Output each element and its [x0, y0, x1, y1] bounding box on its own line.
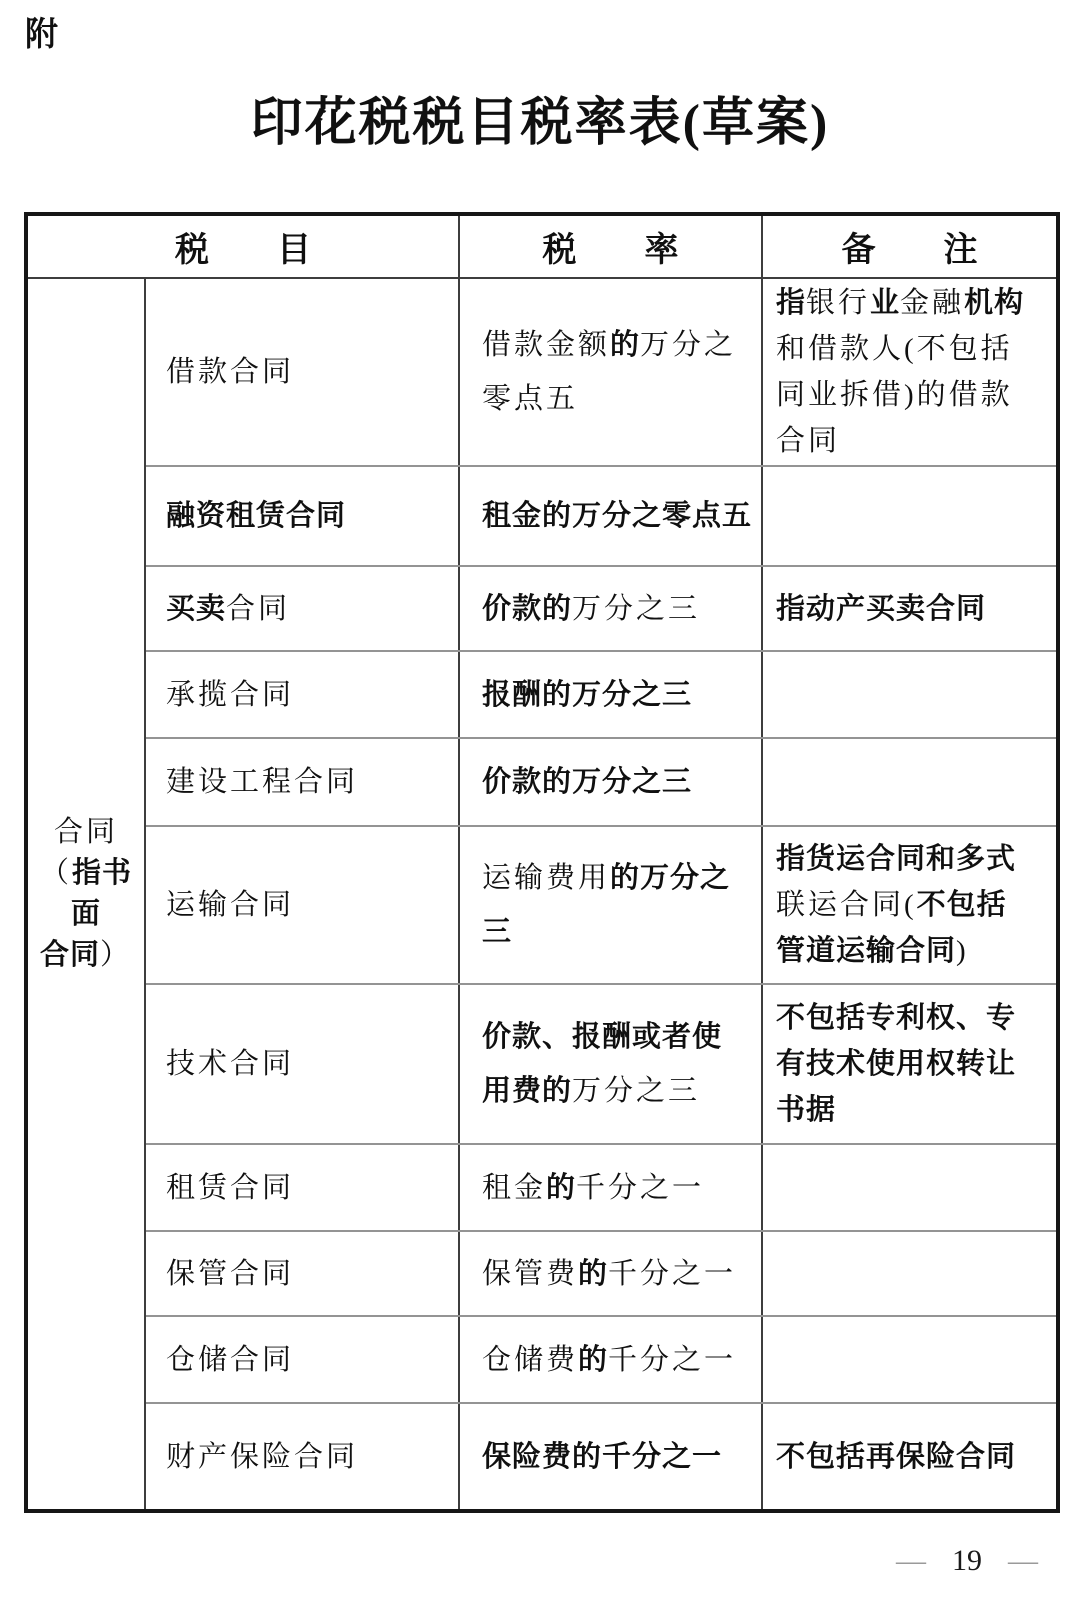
stamp-tax-rate-table: 税 目 税 率 备 注 合同（指书面合同）借款合同借款金额的万分之零点五指银行业… — [24, 212, 1060, 1513]
table-row: 技术合同价款、报酬或者使用费的万分之三不包括专利权、专有技术使用权转让书据 — [26, 984, 1058, 1144]
remark-cell-text: 不包括专利权、专有技术使用权转让书据 — [763, 995, 1056, 1133]
tax-item-cell: 借款合同 — [145, 278, 459, 466]
tax-rate-cell: 价款的万分之三 — [459, 566, 762, 651]
table-row: 仓储合同仓储费的千分之一 — [26, 1316, 1058, 1403]
document-page: 附 印花税税目税率表(草案) 税 目 税 率 备 注 合同（指书面合同）借款合同… — [0, 0, 1080, 1597]
remark-cell-text: 指货运合同和多式联运合同(不包括管道运输合同) — [763, 836, 1056, 974]
tax-rate-cell-text: 保险费的千分之一 — [460, 1430, 761, 1484]
footer-dash-right: — — [1008, 1544, 1038, 1578]
tax-rate-cell-text: 保管费的千分之一 — [460, 1247, 761, 1301]
remark-cell — [762, 651, 1058, 738]
tax-rate-cell: 运输费用的万分之三 — [459, 826, 762, 984]
tax-item-cell: 融资租赁合同 — [145, 466, 459, 566]
remark-cell: 指银行业金融机构和借款人(不包括同业拆借)的借款合同 — [762, 278, 1058, 466]
remark-cell — [762, 466, 1058, 566]
table-header-row: 税 目 税 率 备 注 — [26, 214, 1058, 278]
tax-rate-cell-text: 租金的万分之零点五 — [460, 489, 761, 543]
tax-rate-cell-text: 价款、报酬或者使用费的万分之三 — [460, 1010, 761, 1118]
table-row: 承揽合同报酬的万分之三 — [26, 651, 1058, 738]
remark-cell — [762, 738, 1058, 826]
tax-item-group-cell: 合同（指书面合同） — [26, 278, 145, 1511]
tax-item-cell-text: 财产保险合同 — [146, 1435, 458, 1479]
page-number: 19 — [952, 1544, 982, 1578]
tax-item-cell-text: 运输合同 — [146, 883, 458, 927]
tax-item-cell-text: 仓储合同 — [146, 1338, 458, 1382]
header-remark: 备 注 — [762, 214, 1058, 278]
table-row: 租赁合同租金的千分之一 — [26, 1144, 1058, 1231]
tax-item-cell-text: 承揽合同 — [146, 673, 458, 717]
tax-rate-cell: 价款、报酬或者使用费的万分之三 — [459, 984, 762, 1144]
table-body: 合同（指书面合同）借款合同借款金额的万分之零点五指银行业金融机构和借款人(不包括… — [26, 278, 1058, 1511]
tax-rate-cell: 价款的万分之三 — [459, 738, 762, 826]
table-row: 保管合同保管费的千分之一 — [26, 1231, 1058, 1316]
table-row: 财产保险合同保险费的千分之一不包括再保险合同 — [26, 1403, 1058, 1511]
tax-item-cell-text: 融资租赁合同 — [146, 494, 458, 538]
tax-item-cell-text: 借款合同 — [146, 350, 458, 394]
remark-cell — [762, 1316, 1058, 1403]
tax-item-cell: 技术合同 — [145, 984, 459, 1144]
tax-item-cell: 建设工程合同 — [145, 738, 459, 826]
tax-rate-cell: 保险费的千分之一 — [459, 1403, 762, 1511]
table-row: 运输合同运输费用的万分之三指货运合同和多式联运合同(不包括管道运输合同) — [26, 826, 1058, 984]
tax-rate-cell: 仓储费的千分之一 — [459, 1316, 762, 1403]
group-cell-text: 合同（指书面合同） — [28, 812, 144, 976]
tax-rate-cell-text: 价款的万分之三 — [460, 582, 761, 636]
tax-rate-cell-text: 运输费用的万分之三 — [460, 851, 761, 959]
remark-cell: 指动产买卖合同 — [762, 566, 1058, 651]
tax-item-cell: 运输合同 — [145, 826, 459, 984]
tax-rate-cell-text: 借款金额的万分之零点五 — [460, 318, 761, 426]
remark-cell: 不包括再保险合同 — [762, 1403, 1058, 1511]
tax-item-cell-text: 买卖合同 — [146, 587, 458, 631]
tax-item-cell-text: 建设工程合同 — [146, 760, 458, 804]
remark-cell-text: 指动产买卖合同 — [763, 586, 1056, 632]
tax-rate-cell: 租金的千分之一 — [459, 1144, 762, 1231]
page-footer: — 19 — — [896, 1541, 1038, 1581]
table-row: 建设工程合同价款的万分之三 — [26, 738, 1058, 826]
tax-rate-cell: 租金的万分之零点五 — [459, 466, 762, 566]
remark-cell-text: 不包括再保险合同 — [763, 1434, 1056, 1480]
tax-rate-cell-text: 仓储费的千分之一 — [460, 1333, 761, 1387]
attachment-label: 附 — [25, 16, 58, 52]
tax-item-cell: 仓储合同 — [145, 1316, 459, 1403]
tax-rate-cell-text: 租金的千分之一 — [460, 1161, 761, 1215]
tax-item-cell-text: 保管合同 — [146, 1252, 458, 1296]
remark-cell — [762, 1231, 1058, 1316]
footer-dash-left: — — [896, 1544, 926, 1578]
tax-rate-cell: 保管费的千分之一 — [459, 1231, 762, 1316]
tax-item-cell: 承揽合同 — [145, 651, 459, 738]
tax-item-cell: 保管合同 — [145, 1231, 459, 1316]
remark-cell: 不包括专利权、专有技术使用权转让书据 — [762, 984, 1058, 1144]
page-title: 印花税税目税率表(草案) — [0, 92, 1080, 156]
tax-item-cell-text: 租赁合同 — [146, 1166, 458, 1210]
remark-cell-text: 指银行业金融机构和借款人(不包括同业拆借)的借款合同 — [763, 280, 1056, 464]
tax-rate-cell: 报酬的万分之三 — [459, 651, 762, 738]
tax-item-cell: 财产保险合同 — [145, 1403, 459, 1511]
header-tax-rate: 税 率 — [459, 214, 762, 278]
header-tax-item: 税 目 — [26, 214, 459, 278]
tax-rate-cell-text: 价款的万分之三 — [460, 755, 761, 809]
tax-item-cell: 租赁合同 — [145, 1144, 459, 1231]
tax-rate-cell: 借款金额的万分之零点五 — [459, 278, 762, 466]
table-row: 融资租赁合同租金的万分之零点五 — [26, 466, 1058, 566]
tax-item-cell-text: 技术合同 — [146, 1042, 458, 1086]
table-row: 买卖合同价款的万分之三指动产买卖合同 — [26, 566, 1058, 651]
remark-cell — [762, 1144, 1058, 1231]
tax-item-cell: 买卖合同 — [145, 566, 459, 651]
tax-rate-cell-text: 报酬的万分之三 — [460, 668, 761, 722]
remark-cell: 指货运合同和多式联运合同(不包括管道运输合同) — [762, 826, 1058, 984]
table-row: 合同（指书面合同）借款合同借款金额的万分之零点五指银行业金融机构和借款人(不包括… — [26, 278, 1058, 466]
